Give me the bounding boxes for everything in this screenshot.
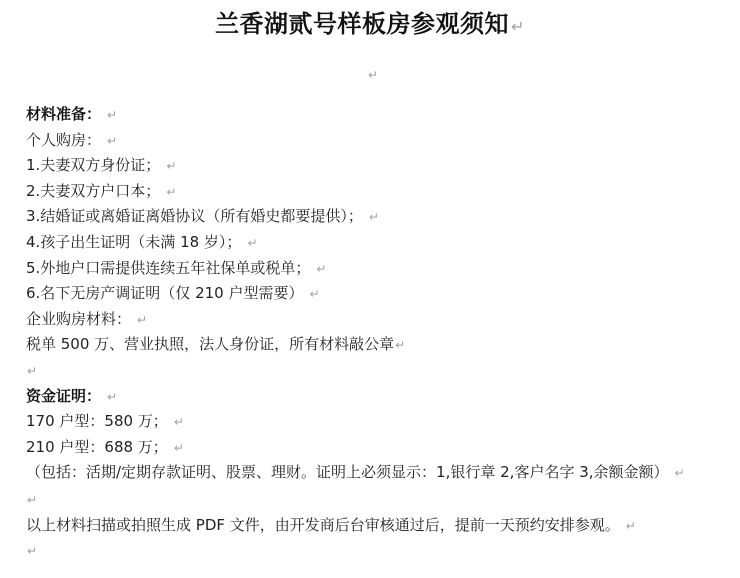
funds-line: 170 户型：580 万；↵ [26,409,726,435]
paragraph-mark-icon: ↵ [27,544,37,558]
empty-paragraph: ↵ [26,487,726,513]
empty-paragraph: ↵ [0,62,740,87]
paragraph-mark-icon: ↵ [369,210,379,224]
paragraph-mark-icon: ↵ [675,466,685,480]
section-heading-materials: 材料准备：↵ [26,102,726,128]
paragraph-mark-icon: ↵ [174,415,184,429]
materials-line: 6.名下无房产调证明（仅 210 户型需要）↵ [26,281,726,307]
paragraph-mark-icon: ↵ [137,313,147,327]
paragraph-mark-icon: ↵ [511,17,525,36]
funds-line: （包括：活期/定期存款证明、股票、理财。证明上必须显示：1,银行章 2,客户名字… [26,460,716,487]
materials-line: 个人购房：↵ [26,128,726,154]
materials-line: 1.夫妻双方身份证；↵ [26,153,726,179]
paragraph-mark-icon: ↵ [395,338,405,352]
section-heading-funds: 资金证明：↵ [26,384,726,410]
paragraph-mark-icon: ↵ [27,364,37,378]
document-page: 兰香湖贰号样板房参观须知↵ ↵ 材料准备：↵ 个人购房：↵ 1.夫妻双方身份证；… [0,0,740,578]
paragraph-mark-icon: ↵ [107,134,117,148]
paragraph-mark-icon: ↵ [626,519,636,533]
materials-line: 4.孩子出生证明（未满 18 岁）；↵ [26,230,726,256]
paragraph-mark-icon: ↵ [309,287,319,301]
empty-paragraph: ↵ [26,538,726,564]
document-body: 材料准备：↵ 个人购房：↵ 1.夫妻双方身份证；↵ 2.夫妻双方户口本；↵ 3.… [26,102,726,564]
paragraph-mark-icon: ↵ [166,159,176,173]
materials-line: 5.外地户口需提供连续五年社保单或税单；↵ [26,256,726,282]
materials-line: 税单 500 万、营业执照，法人身份证，所有材料敲公章↵ [26,332,726,358]
materials-line: 3.结婚证或离婚证离婚协议（所有婚史都要提供）；↵ [26,204,726,230]
empty-paragraph: ↵ [26,358,726,384]
paragraph-mark-icon: ↵ [107,390,117,404]
paragraph-mark-icon: ↵ [107,108,117,122]
materials-line: 2.夫妻双方户口本；↵ [26,179,726,205]
paragraph-mark-icon: ↵ [27,493,37,507]
paragraph-mark-icon: ↵ [247,236,257,250]
document-title: 兰香湖贰号样板房参观须知↵ [0,6,740,45]
paragraph-mark-icon: ↵ [166,185,176,199]
paragraph-mark-icon: ↵ [174,441,184,455]
paragraph-mark-icon: ↵ [316,262,326,276]
funds-line: 210 户型：688 万；↵ [26,435,726,461]
materials-line: 企业购房材料：↵ [26,307,726,333]
paragraph-mark-icon: ↵ [368,68,378,82]
footer-note: 以上材料扫描或拍照生成 PDF 文件，由开发商后台审核通过后，提前一天预约安排参… [26,513,726,539]
title-text: 兰香湖贰号样板房参观须知 [215,10,509,38]
